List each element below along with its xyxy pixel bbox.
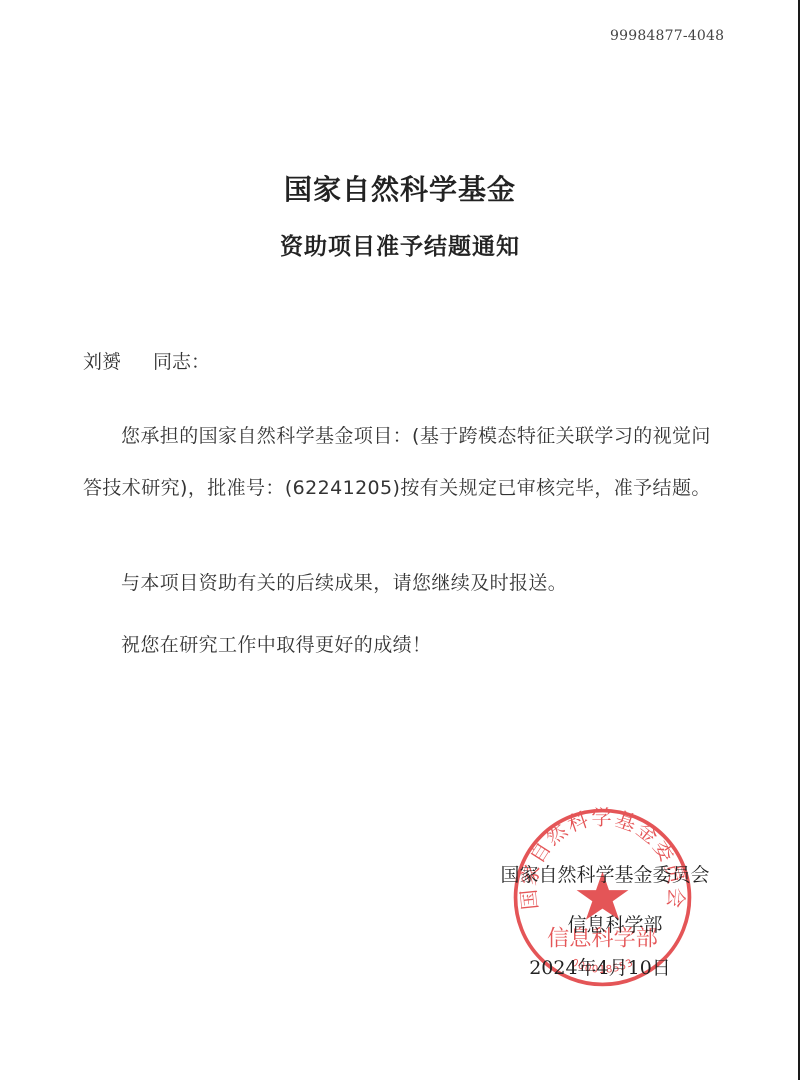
paragraph-followup: 与本项目资助有关的后续成果，请您继续及时报送。 (83, 568, 723, 595)
recipient-name: 刘赟 (83, 351, 121, 373)
document-subtitle: 资助项目准予结题通知 (0, 228, 800, 261)
signature-organization: 国家自然科学基金委员会 (470, 860, 740, 887)
signature-date: 2024年4月10日 (465, 953, 735, 980)
document-number: 99984877-4048 (610, 28, 724, 44)
signature-department: 信息科学部 (480, 910, 750, 937)
document-title: 国家自然科学基金 (0, 168, 800, 208)
paragraph-wishes: 祝您在研究工作中取得更好的成绩！ (83, 630, 723, 657)
salutation-suffix: 同志： (153, 351, 210, 373)
paragraph-approval: 您承担的国家自然科学基金项目：(基于跨模态特征关联学习的视觉问答技术研究)，批准… (83, 410, 723, 514)
salutation: 刘赟同志： (83, 347, 723, 374)
